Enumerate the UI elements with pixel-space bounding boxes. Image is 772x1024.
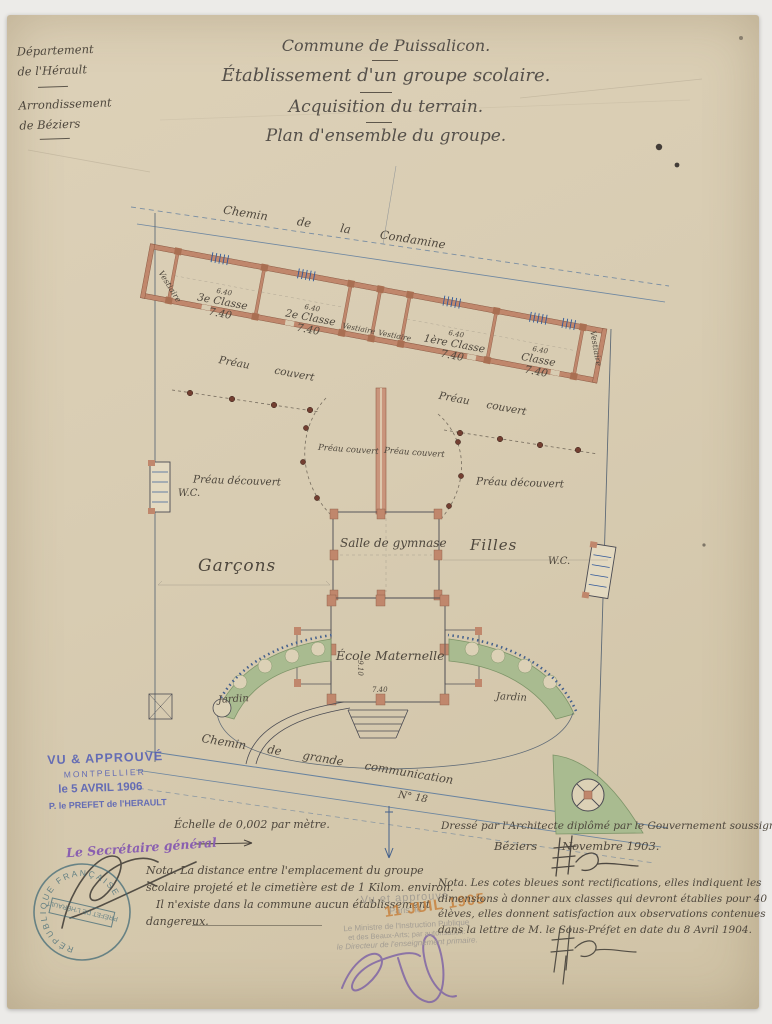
- title-etablissement: Établissement d'un groupe scolaire.: [0, 65, 772, 86]
- jardin-left-label: Jardin: [218, 693, 249, 706]
- gymnase-label: Salle de gymnase: [340, 536, 447, 550]
- title-plan-ensemble: Plan d'ensemble du groupe.: [0, 126, 772, 146]
- scale-label: Échelle de 0,002 par mètre.: [174, 818, 330, 831]
- maternelle-building: [294, 595, 482, 738]
- small-annex: [149, 694, 172, 719]
- stamp-date: le 5 AVRIL 1906: [58, 778, 228, 796]
- maternelle-label: École Maternelle: [336, 648, 445, 663]
- scanned-plan-document: RÉPUBLIQUE FRANÇAISE PRÉFET DE L'HÉRAULT…: [0, 0, 772, 1024]
- prefect-approval-stamp: VU & APPROUVÉ MONTPELLIER le 5 AVRIL 190…: [47, 747, 229, 811]
- wc-right-structure: [582, 541, 617, 601]
- garcons-label: Garçons: [198, 556, 276, 576]
- round-stamp: RÉPUBLIQUE FRANÇAISE PRÉFET DE L'HÉRAULT: [24, 854, 139, 969]
- maternelle-width-dim: 7.40: [372, 686, 388, 694]
- nota-right-line3: élèves, elles donnent satisfaction aux o…: [438, 907, 767, 923]
- wc-left-structure: [148, 460, 170, 514]
- nota-right: Nota. Les cotes bleues sont rectificatio…: [438, 876, 767, 938]
- maternelle-depth-dim: 9.10: [356, 660, 364, 676]
- stamp-montpellier: MONTPELLIER: [64, 764, 228, 780]
- wc-right-label: W.C.: [548, 556, 570, 567]
- nota-right-line2: dimensions à donner aux classes qui devr…: [438, 892, 767, 908]
- wc-left-label: W.C.: [178, 488, 200, 499]
- oval-courtyard: [213, 699, 573, 769]
- architect-line: Dressé par l'Architecte diplômé par le G…: [441, 820, 772, 832]
- title-block: Commune de Puissalicon. Établissement d'…: [0, 36, 772, 146]
- jardin-right-label: Jardin: [496, 691, 527, 704]
- survey-arrow: [385, 806, 393, 858]
- nota-left-line1: Nota. La distance entre l'emplacement du…: [146, 862, 454, 879]
- nota-right-line1: Nota. Les cotes bleues sont rectificatio…: [438, 876, 767, 892]
- title-acquisition: Acquisition du terrain.: [0, 97, 772, 117]
- entrance-steps: [348, 710, 408, 738]
- architect-city: Béziers: [494, 839, 537, 853]
- architect-date: Novembre 1903.: [562, 839, 659, 853]
- nota-right-line4: dans la lettre de M. le Sous-Préfet en d…: [438, 923, 767, 939]
- filles-label: Filles: [470, 536, 517, 554]
- gymnase-building: [330, 509, 442, 600]
- title-commune: Commune de Puissalicon.: [0, 36, 772, 55]
